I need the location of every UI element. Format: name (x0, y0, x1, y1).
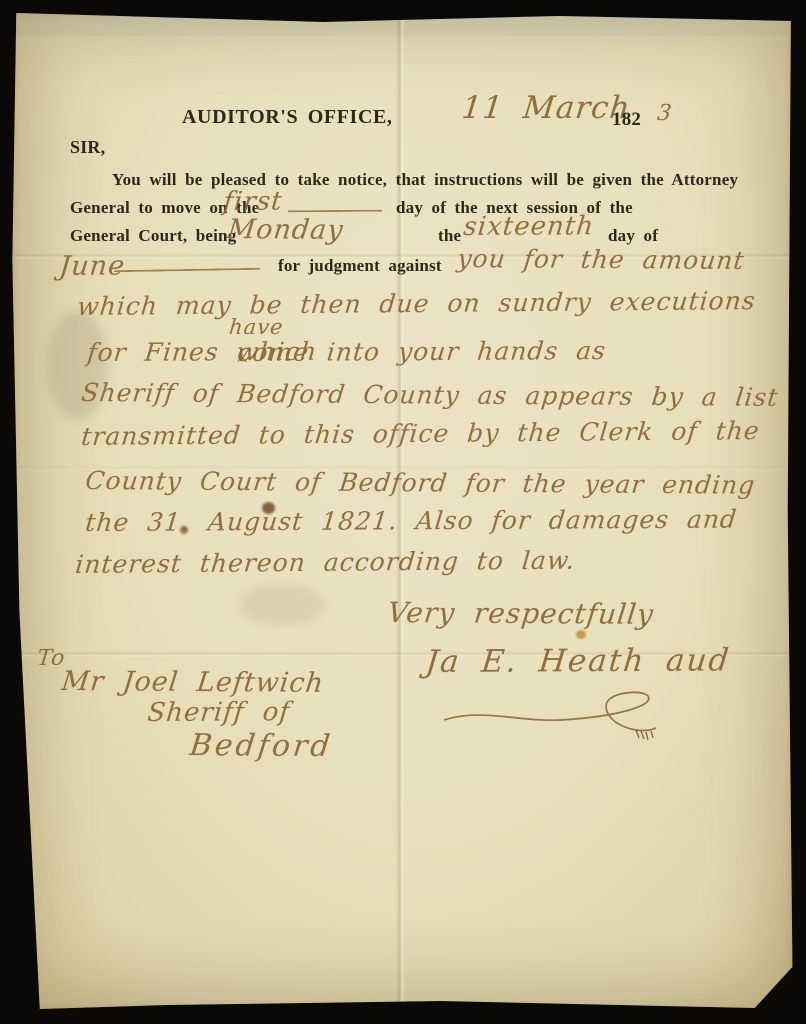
form-court-being: General Court, being (70, 226, 236, 246)
body-line-sheriff: Sheriff of Bedford County as appears by … (80, 378, 780, 412)
ink-rule-1 (288, 210, 382, 213)
orange-spot-stain (576, 630, 586, 639)
form-day-of: day of (608, 226, 658, 246)
notice-line: You will be pleased to take notice, that… (112, 170, 738, 190)
handwritten-date: 11 March (460, 90, 632, 126)
ink-rule-2 (114, 268, 260, 273)
address-to: To (36, 646, 67, 671)
body-line-due: which may be then due on sundry executio… (76, 286, 757, 321)
signature-flourish (440, 686, 690, 746)
insertion-word: have (228, 315, 285, 339)
address-recipient: Mr Joel Leftwich (60, 666, 326, 699)
blank-month: June (58, 250, 127, 282)
scanned-document: AUDITOR'S OFFICE, 11 March 182 3 SIR, Yo… (0, 0, 806, 1024)
body-line-interest: interest thereon according to law. (74, 546, 577, 579)
signature: Ja E. Heath aud (424, 642, 732, 680)
body-line-fines-post: come into your hands as (236, 336, 608, 367)
body-line-county: County Court of Bedford for the year end… (84, 466, 757, 500)
blank-date-ordinal: sixteenth (462, 211, 596, 242)
address-title: Sheriff of (146, 697, 292, 728)
blank-day-ordinal: first (222, 186, 284, 217)
printed-year: 182 (612, 109, 641, 131)
valediction: Very respectfully (386, 596, 656, 631)
body-line-transmitted: transmitted to this office by the Clerk … (80, 416, 761, 451)
paper-sheet: AUDITOR'S OFFICE, 11 March 182 3 SIR, Yo… (10, 10, 794, 1012)
salutation: SIR, (70, 137, 105, 158)
body-line-amount: you for the amount (456, 244, 746, 275)
address-place: Bedford (188, 728, 335, 764)
body-line-date: the 31. August 1821. Also for damages an… (84, 505, 739, 537)
office-title: AUDITOR'S OFFICE, (182, 106, 393, 129)
faint-smudge (240, 585, 325, 625)
handwritten-year-digit: 3 (656, 101, 674, 126)
form-judgment-against: for judgment against (278, 256, 442, 276)
form-the: the (438, 226, 461, 246)
blank-weekday: Monday (226, 214, 345, 246)
